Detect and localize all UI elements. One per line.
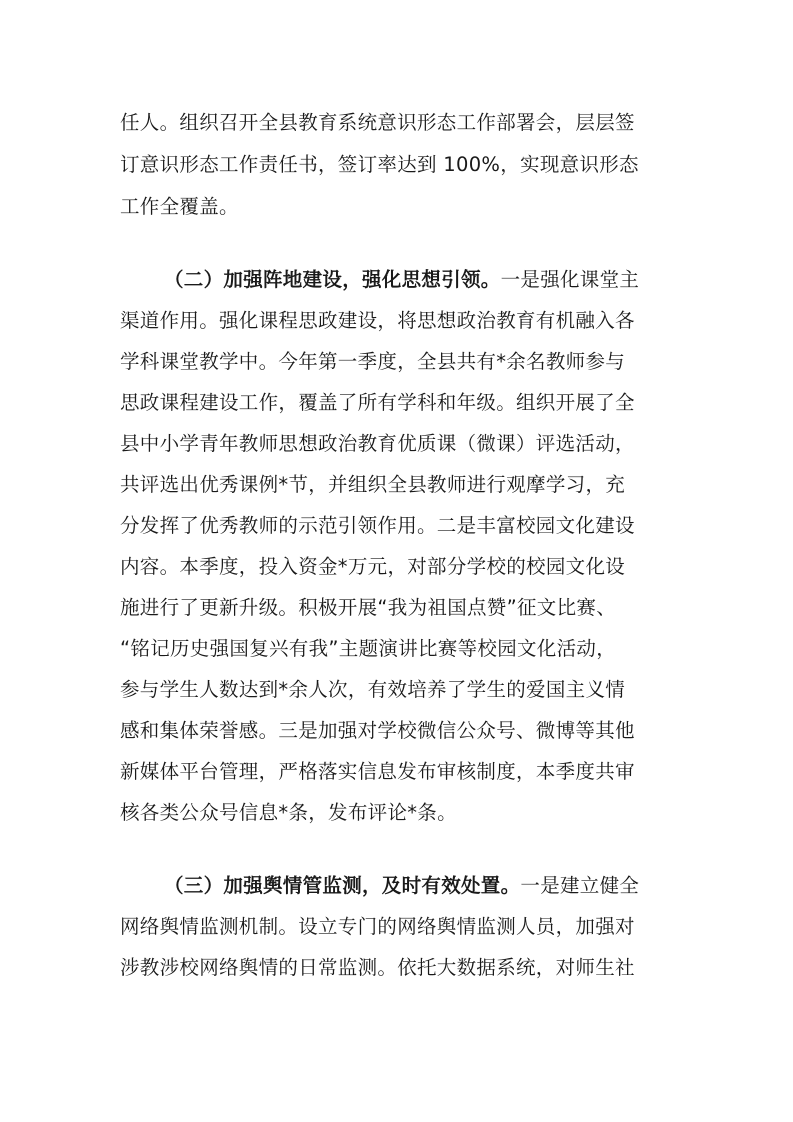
paragraph-line: 参与学生人数达到*余人次，有效培养了学生的爱国主义情 <box>120 677 680 703</box>
paragraph-line: 分发挥了优秀教师的示范引领作用。二是丰富校园文化建设 <box>120 513 680 539</box>
paragraph-line: 涉教涉校网络舆情的日常监测。依托大数据系统，对师生社 <box>120 955 680 981</box>
paragraph-line: 县中小学青年教师思想政治教育优质课（微课）评选活动， <box>120 431 680 457</box>
paragraph-line: 新媒体平台管理，严格落实信息发布审核制度，本季度共审 <box>120 759 680 785</box>
paragraph-line: 订意识形态工作责任书，签订率达到 100%，实现意识形态 <box>120 152 680 178</box>
paragraph-line: 任人。组织召开全县教育系统意识形态工作部署会，层层签 <box>120 110 680 136</box>
paragraph-line: 核各类公众号信息*条，发布评论*条。 <box>120 800 680 826</box>
paragraph-line: 工作全覆盖。 <box>120 194 680 220</box>
document-page: 任人。组织召开全县教育系统意识形态工作部署会，层层签 订意识形态工作责任书，签订… <box>0 0 793 1122</box>
section-lead-text: 一是建立健全 <box>520 874 639 897</box>
paragraph-line: 思政课程建设工作，覆盖了所有学科和年级。组织开展了全 <box>120 390 680 416</box>
paragraph-line: 施进行了更新升级。积极开展“我为祖国点赞”征文比赛、 <box>120 595 680 621</box>
paragraph-line: 网络舆情监测机制。设立专门的网络舆情监测人员，加强对 <box>120 914 680 940</box>
paragraph-line: 共评选出优秀课例*节，并组织全县教师进行观摩学习，充 <box>120 472 680 498</box>
paragraph-line: 学科课堂教学中。今年第一季度，全县共有*余名教师参与 <box>120 349 680 375</box>
paragraph-line: 内容。本季度，投入资金*万元，对部分学校的校园文化设 <box>120 554 680 580</box>
paragraph-line: “铭记历史强国复兴有我”主题演讲比赛等校园文化活动， <box>120 636 680 662</box>
section-heading: （三）加强舆情管监测，及时有效处置。 <box>164 874 520 897</box>
section-heading: （二）加强阵地建设，强化思想引领。 <box>164 268 501 291</box>
section-heading-line: （二）加强阵地建设，强化思想引领。一是强化课堂主 <box>164 267 724 293</box>
paragraph-line: 感和集体荣誉感。三是加强对学校微信公众号、微博等其他 <box>120 718 680 744</box>
section-lead-text: 一是强化课堂主 <box>501 268 640 291</box>
section-heading-line: （三）加强舆情管监测，及时有效处置。一是建立健全 <box>164 873 724 899</box>
paragraph-line: 渠道作用。强化课程思政建设，将思想政治教育有机融入各 <box>120 308 680 334</box>
